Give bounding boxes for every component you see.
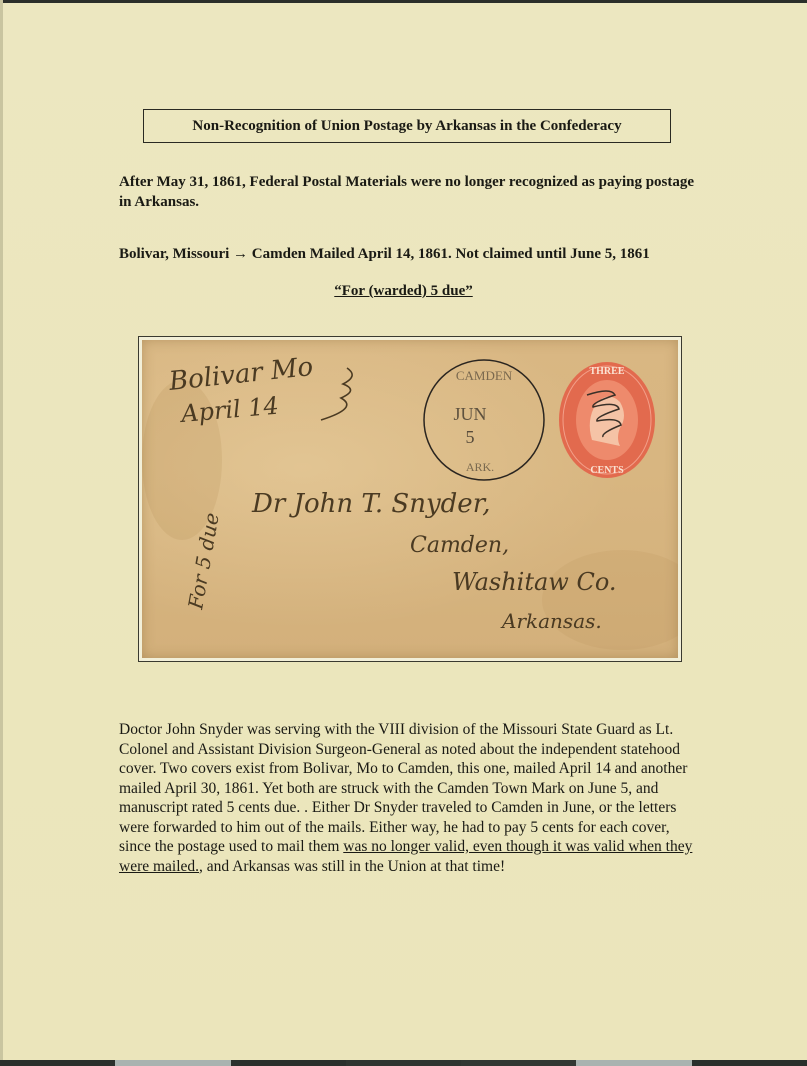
svg-text:JUN: JUN bbox=[453, 404, 486, 424]
page-title: Non-Recognition of Union Postage by Arka… bbox=[192, 118, 621, 135]
svg-text:5: 5 bbox=[466, 427, 475, 447]
scan-bottom-edge bbox=[0, 1060, 807, 1066]
cover-image-frame: Bolivar Mo April 14 CAMDEN JUN 5 ARK. TH… bbox=[138, 336, 682, 662]
route-line: Bolivar, Missouri → Camden Mailed April … bbox=[119, 246, 719, 263]
svg-text:Camden,: Camden, bbox=[410, 533, 509, 558]
svg-text:CAMDEN: CAMDEN bbox=[456, 368, 513, 383]
three-cent-stamp: THREE CENTS bbox=[559, 362, 655, 478]
route-details: Camden Mailed April 14, 1861. Not claime… bbox=[252, 246, 650, 262]
svg-text:ARK.: ARK. bbox=[466, 460, 494, 474]
svg-text:THREE: THREE bbox=[589, 366, 624, 377]
intro-text: After May 31, 1861, Federal Postal Mater… bbox=[119, 172, 709, 212]
route-origin: Bolivar, Missouri bbox=[119, 246, 229, 262]
svg-text:Bolivar Mo: Bolivar Mo bbox=[167, 352, 315, 397]
camden-postmark: CAMDEN JUN 5 ARK. bbox=[424, 360, 544, 480]
body-paragraph: Doctor John Snyder was serving with the … bbox=[119, 720, 699, 876]
docket-manuscript: Bolivar Mo April 14 bbox=[167, 352, 353, 428]
arrow-icon: → bbox=[233, 246, 248, 262]
envelope-image: Bolivar Mo April 14 CAMDEN JUN 5 ARK. TH… bbox=[142, 340, 678, 658]
body-text-main: Doctor John Snyder was serving with the … bbox=[119, 721, 687, 855]
body-text-end: , and Arkansas was still in the Union at… bbox=[199, 858, 505, 875]
svg-text:CENTS: CENTS bbox=[590, 465, 624, 476]
svg-text:Dr John T. Snyder,: Dr John T. Snyder, bbox=[251, 489, 491, 519]
address-manuscript: Dr John T. Snyder, Camden, Washitaw Co. … bbox=[251, 489, 616, 633]
page-title-box: Non-Recognition of Union Postage by Arka… bbox=[143, 109, 671, 143]
cover-caption: “For (warded) 5 due” bbox=[0, 283, 807, 300]
svg-text:Arkansas.: Arkansas. bbox=[500, 609, 602, 633]
envelope-artwork: Bolivar Mo April 14 CAMDEN JUN 5 ARK. TH… bbox=[142, 340, 678, 658]
svg-text:Washitaw Co.: Washitaw Co. bbox=[452, 568, 616, 596]
